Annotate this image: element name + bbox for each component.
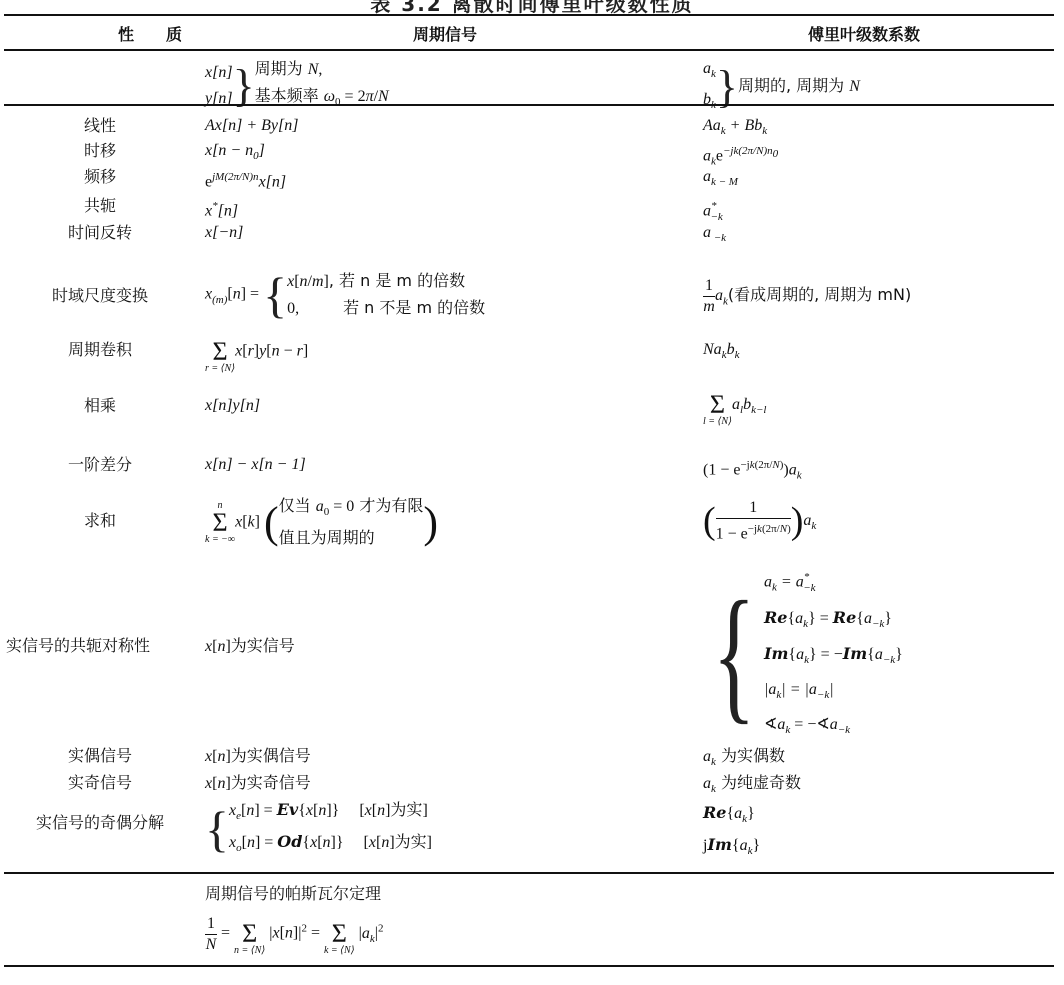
- coef-freq-shift: ak − M: [703, 167, 738, 192]
- coef-even-odd-decomposition: Re{ak} jIm{ak}: [703, 800, 760, 864]
- property-running-sum: 求和: [0, 511, 200, 531]
- property-linearity: 线性: [0, 116, 200, 136]
- signal-real-odd: x[n]为实奇信号: [205, 773, 311, 794]
- parseval-rule: [4, 872, 1054, 874]
- definition-coef: ak bk }周期的, 周期为 N: [703, 56, 860, 118]
- signal-first-difference: x[n] − x[n − 1]: [205, 455, 306, 475]
- coef-running-sum: (11 − e−jk(2π/N))ak: [703, 498, 816, 544]
- signal-real-even: x[n]为实偶信号: [205, 746, 311, 767]
- signal-periodic-convolution: Σr = ⟨N⟩x[r]y[n − r]: [205, 330, 308, 374]
- property-conjugation: 共轭: [0, 196, 200, 216]
- signal-freq-shift: ejM(2π/N)nx[n]: [205, 167, 286, 192]
- property-real-even: 实偶信号: [0, 746, 200, 766]
- property-conjugate-symmetry: 实信号的共轭对称性: [6, 636, 211, 656]
- coef-real-odd: ak 为纯虚奇数: [703, 773, 801, 799]
- property-freq-shift: 频移: [0, 167, 200, 187]
- definition-signal: x[n] y[n] } 周期为 N, 基本频率 ω0 = 2π/N: [205, 56, 389, 115]
- parseval-title: 周期信号的帕斯瓦尔定理: [205, 884, 381, 904]
- coef-conjugate-symmetry: { ak = a*−k Re{ak} = Re{a−k} Im{ak} = −I…: [698, 563, 903, 745]
- property-time-scaling: 时域尺度变换: [0, 286, 200, 306]
- signal-running-sum: nΣk = −∞x[k] ( 仅当 a0 = 0 才为有限 值且为周期的 ): [205, 493, 438, 552]
- parseval-formula: 1N = Σn = ⟨N⟩ |x[n]|2 = Σk = ⟨N⟩ |ak|2: [205, 912, 383, 956]
- signal-even-odd-decomposition: { xe[n] = Ev{x[n]} [x[n]为实] xo[n] = Od{x…: [205, 797, 432, 861]
- signal-conjugate-symmetry: x[n]为实信号: [205, 636, 295, 657]
- signal-time-reversal: x[−n]: [205, 223, 243, 243]
- header-signal: 周期信号: [413, 22, 477, 45]
- signal-time-shift: x[n − n0]: [205, 141, 265, 166]
- property-time-reversal: 时间反转: [0, 223, 200, 243]
- definition-rule: [4, 104, 1054, 106]
- header-coefficients: 傅里叶级数系数: [808, 22, 920, 45]
- coef-real-even: ak 为实偶数: [703, 746, 785, 772]
- property-first-difference: 一阶差分: [0, 455, 200, 475]
- signal-linearity: Ax[n] + By[n]: [205, 116, 298, 136]
- property-time-shift: 时移: [0, 141, 200, 161]
- coef-linearity: Aak + Bbk: [703, 116, 767, 141]
- coef-time-reversal: a −k: [703, 223, 726, 248]
- header-rule: [4, 49, 1054, 51]
- property-periodic-convolution: 周期卷积: [0, 340, 200, 360]
- property-multiplication: 相乘: [0, 396, 200, 416]
- property-even-odd-decomposition: 实信号的奇偶分解: [0, 813, 200, 833]
- coef-periodic-convolution: Nakbk: [703, 340, 739, 365]
- coef-conjugation: a*−k: [703, 196, 723, 227]
- coef-multiplication: Σl = ⟨N⟩albk−l: [703, 383, 766, 427]
- signal-multiplication: x[n]y[n]: [205, 396, 260, 416]
- top-rule: [4, 14, 1054, 16]
- signal-conjugation: x*[n]: [205, 196, 238, 221]
- coef-time-scaling: 1mak(看成周期的, 周期为 mN): [703, 276, 911, 317]
- header-property: 性 质: [118, 22, 182, 45]
- property-real-odd: 实奇信号: [0, 773, 200, 793]
- coef-first-difference: (1 − e−jk(2π/N))ak: [703, 455, 802, 486]
- bottom-rule: [4, 965, 1054, 967]
- signal-time-scaling: x(m)[n] = { x[n/m], 若 n 是 m 的倍数 0, 若 n 不…: [205, 268, 485, 322]
